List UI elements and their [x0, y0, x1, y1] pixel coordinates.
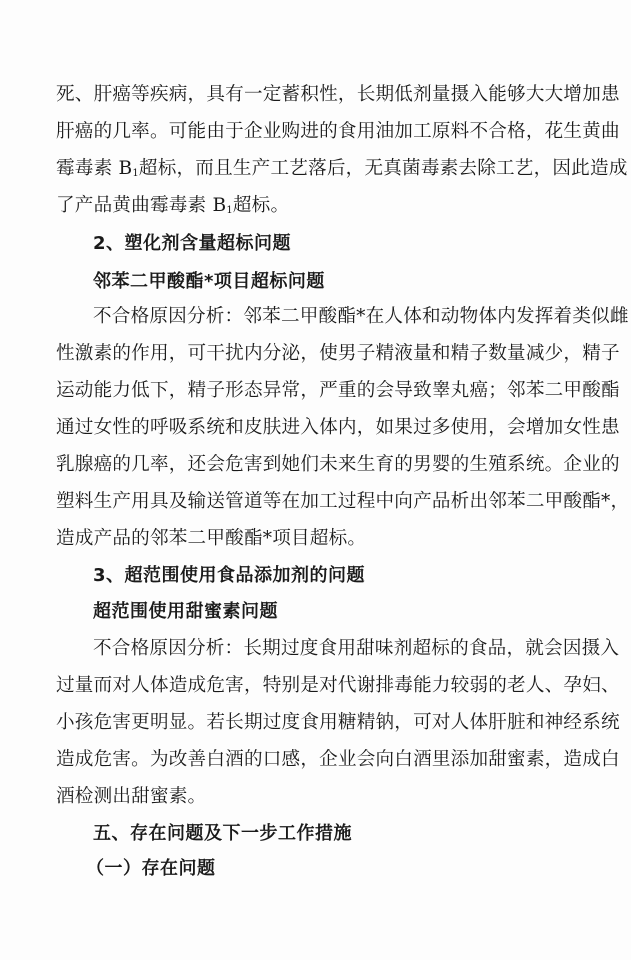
body-text-line: 运动能力低下，精子形态异常，严重的会导致睾丸癌；邻苯二甲酸酯: [56, 377, 582, 405]
body-text-line: 塑料生产用具及输送管道等在加工过程中向产品析出邻苯二甲酸酯*，: [56, 488, 582, 516]
body-text-line: 小孩危害更明显。若长期过度食用糖精钠，可对人体肝脏和神经系统: [56, 709, 582, 737]
text-segment: 超标。: [233, 195, 289, 216]
text-segment: 霉毒素 B: [56, 158, 132, 179]
body-text-line: 不合格原因分析：长期过度食用甜味剂超标的食品，就会因摄入: [93, 635, 582, 663]
chapter-heading: 五、存在问题及下一步工作措施: [93, 820, 582, 848]
body-text-line: 乳腺癌的几率，还会危害到她们未来生育的男婴的生殖系统。企业的: [56, 451, 582, 479]
body-text-line: 了产品黄曲霉毒素 B1超标。: [56, 192, 582, 220]
body-text-line: 霉毒素 B1超标，而且生产工艺落后，无真菌毒素去除工艺，因此造成: [56, 155, 582, 183]
document-page: 死、肝癌等疾病，具有一定蓄积性，长期低剂量摄入能够大大增加患 肝癌的几率。可能由…: [0, 0, 631, 960]
body-text-line: 通过女性的呼吸系统和皮肤进入体内，如果过多使用，会增加女性患: [56, 414, 582, 442]
body-text-line: 过量而对人体造成危害，特别是对代谢排毒能力较弱的老人、孕妇、: [56, 672, 582, 700]
body-text-line: 不合格原因分析：邻苯二甲酸酯*在人体和动物体内发挥着类似雌: [93, 303, 582, 331]
body-text-line: 性激素的作用，可干扰内分泌，使男子精液量和精子数量减少，精子: [56, 340, 582, 368]
body-text-line: 死、肝癌等疾病，具有一定蓄积性，长期低剂量摄入能够大大增加患: [56, 81, 582, 109]
text-segment: 了产品黄曲霉毒素 B: [56, 195, 226, 216]
body-text-line: 酒检测出甜蜜素。: [56, 783, 582, 811]
subsection-heading: 超范围使用甜蜜素问题: [93, 598, 582, 626]
section-heading: 3、超范围使用食品添加剂的问题: [93, 562, 582, 590]
body-text-line: 肝癌的几率。可能由于企业购进的食用油加工原料不合格，花生黄曲: [56, 118, 582, 146]
subsection-heading: （一）存在问题: [86, 855, 575, 883]
body-text-line: 造成危害。为改善白酒的口感，企业会向白酒里添加甜蜜素，造成白: [56, 746, 582, 774]
section-heading: 2、塑化剂含量超标问题: [93, 230, 582, 258]
text-segment: 超标，而且生产工艺落后，无真菌毒素去除工艺，因此造成: [139, 158, 628, 179]
body-text-line: 造成产品的邻苯二甲酸酯*项目超标。: [56, 525, 582, 553]
subsection-heading: 邻苯二甲酸酯*项目超标问题: [93, 268, 582, 296]
